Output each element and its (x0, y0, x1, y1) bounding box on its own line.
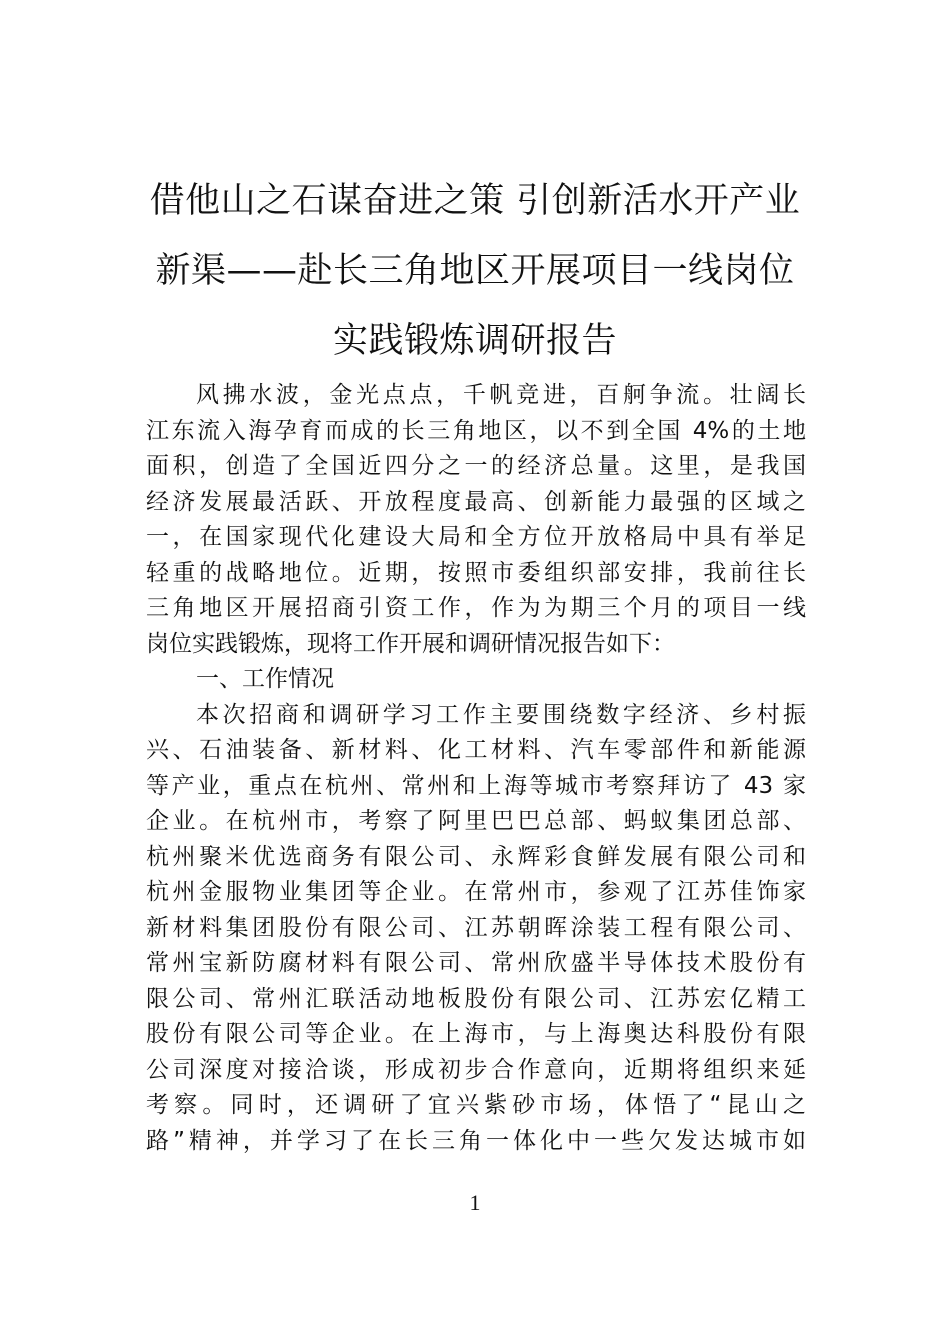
text-line: 经济发展最活跃、开放程度最高、创新能力最强的区域之 (146, 485, 806, 521)
text-line: 三角地区开展招商引资工作，作为为期三个月的项目一线 (146, 591, 806, 627)
text-line: 杭州聚米优选商务有限公司、永辉彩食鲜发展有限公司和 (146, 840, 806, 876)
text-line: 企业。在杭州市，考察了阿里巴巴总部、蚂蚁集团总部、 (146, 804, 806, 840)
title-line-3: 实践锻炼调研报告 (140, 306, 810, 376)
text-line: 一，在国家现代化建设大局和全方位开放格局中具有举足 (146, 520, 806, 556)
section-heading-work-status: 一、工作情况 (146, 662, 806, 698)
section-heading: 一、工作情况 (146, 662, 806, 698)
title-line-2: 新渠——赴长三角地区开展项目一线岗位 (140, 236, 810, 306)
text-line: 股份有限公司等企业。在上海市，与上海奥达科股份有限 (146, 1017, 806, 1053)
document-body: 风拂水波，金光点点，千帆竞进，百舸争流。壮阔长 江东流入海孕育而成的长三角地区，… (146, 378, 806, 1159)
text-line: 本次招商和调研学习工作主要围绕数字经济、乡村振 (146, 698, 806, 734)
text-line: 路”精神，并学习了在长三角一体化中一些欠发达城市如 (146, 1124, 806, 1160)
text-line: 常州宝新防腐材料有限公司、常州欣盛半导体技术股份有 (146, 946, 806, 982)
text-line: 考察。同时，还调研了宜兴紫砂市场，体悟了“昆山之 (146, 1088, 806, 1124)
paragraph-work-status: 本次招商和调研学习工作主要围绕数字经济、乡村振 兴、石油装备、新材料、化工材料、… (146, 698, 806, 1160)
text-line: 轻重的战略地位。近期，按照市委组织部安排，我前往长 (146, 556, 806, 592)
text-line: 公司深度对接洽谈，形成初步合作意向，近期将组织来延 (146, 1053, 806, 1089)
document-title: 借他山之石谋奋进之策 引创新活水开产业 新渠——赴长三角地区开展项目一线岗位 实… (140, 166, 810, 376)
text-line: 新材料集团股份有限公司、江苏朝晖涂装工程有限公司、 (146, 911, 806, 947)
text-line: 杭州金服物业集团等企业。在常州市，参观了江苏佳饰家 (146, 875, 806, 911)
text-line: 限公司、常州汇联活动地板股份有限公司、江苏宏亿精工 (146, 982, 806, 1018)
text-line: 江东流入海孕育而成的长三角地区，以不到全国 4%的土地 (146, 414, 806, 450)
text-line: 等产业，重点在杭州、常州和上海等城市考察拜访了 43 家 (146, 769, 806, 805)
title-line-1: 借他山之石谋奋进之策 引创新活水开产业 (140, 166, 810, 236)
text-line: 兴、石油装备、新材料、化工材料、汽车零部件和新能源 (146, 733, 806, 769)
page-number: 1 (0, 1190, 950, 1216)
text-line: 面积，创造了全国近四分之一的经济总量。这里，是我国 (146, 449, 806, 485)
text-line: 风拂水波，金光点点，千帆竞进，百舸争流。壮阔长 (146, 378, 806, 414)
document-page: 借他山之石谋奋进之策 引创新活水开产业 新渠——赴长三角地区开展项目一线岗位 实… (0, 0, 950, 1344)
text-line: 岗位实践锻炼，现将工作开展和调研情况报告如下： (146, 627, 806, 663)
paragraph-intro: 风拂水波，金光点点，千帆竞进，百舸争流。壮阔长 江东流入海孕育而成的长三角地区，… (146, 378, 806, 662)
